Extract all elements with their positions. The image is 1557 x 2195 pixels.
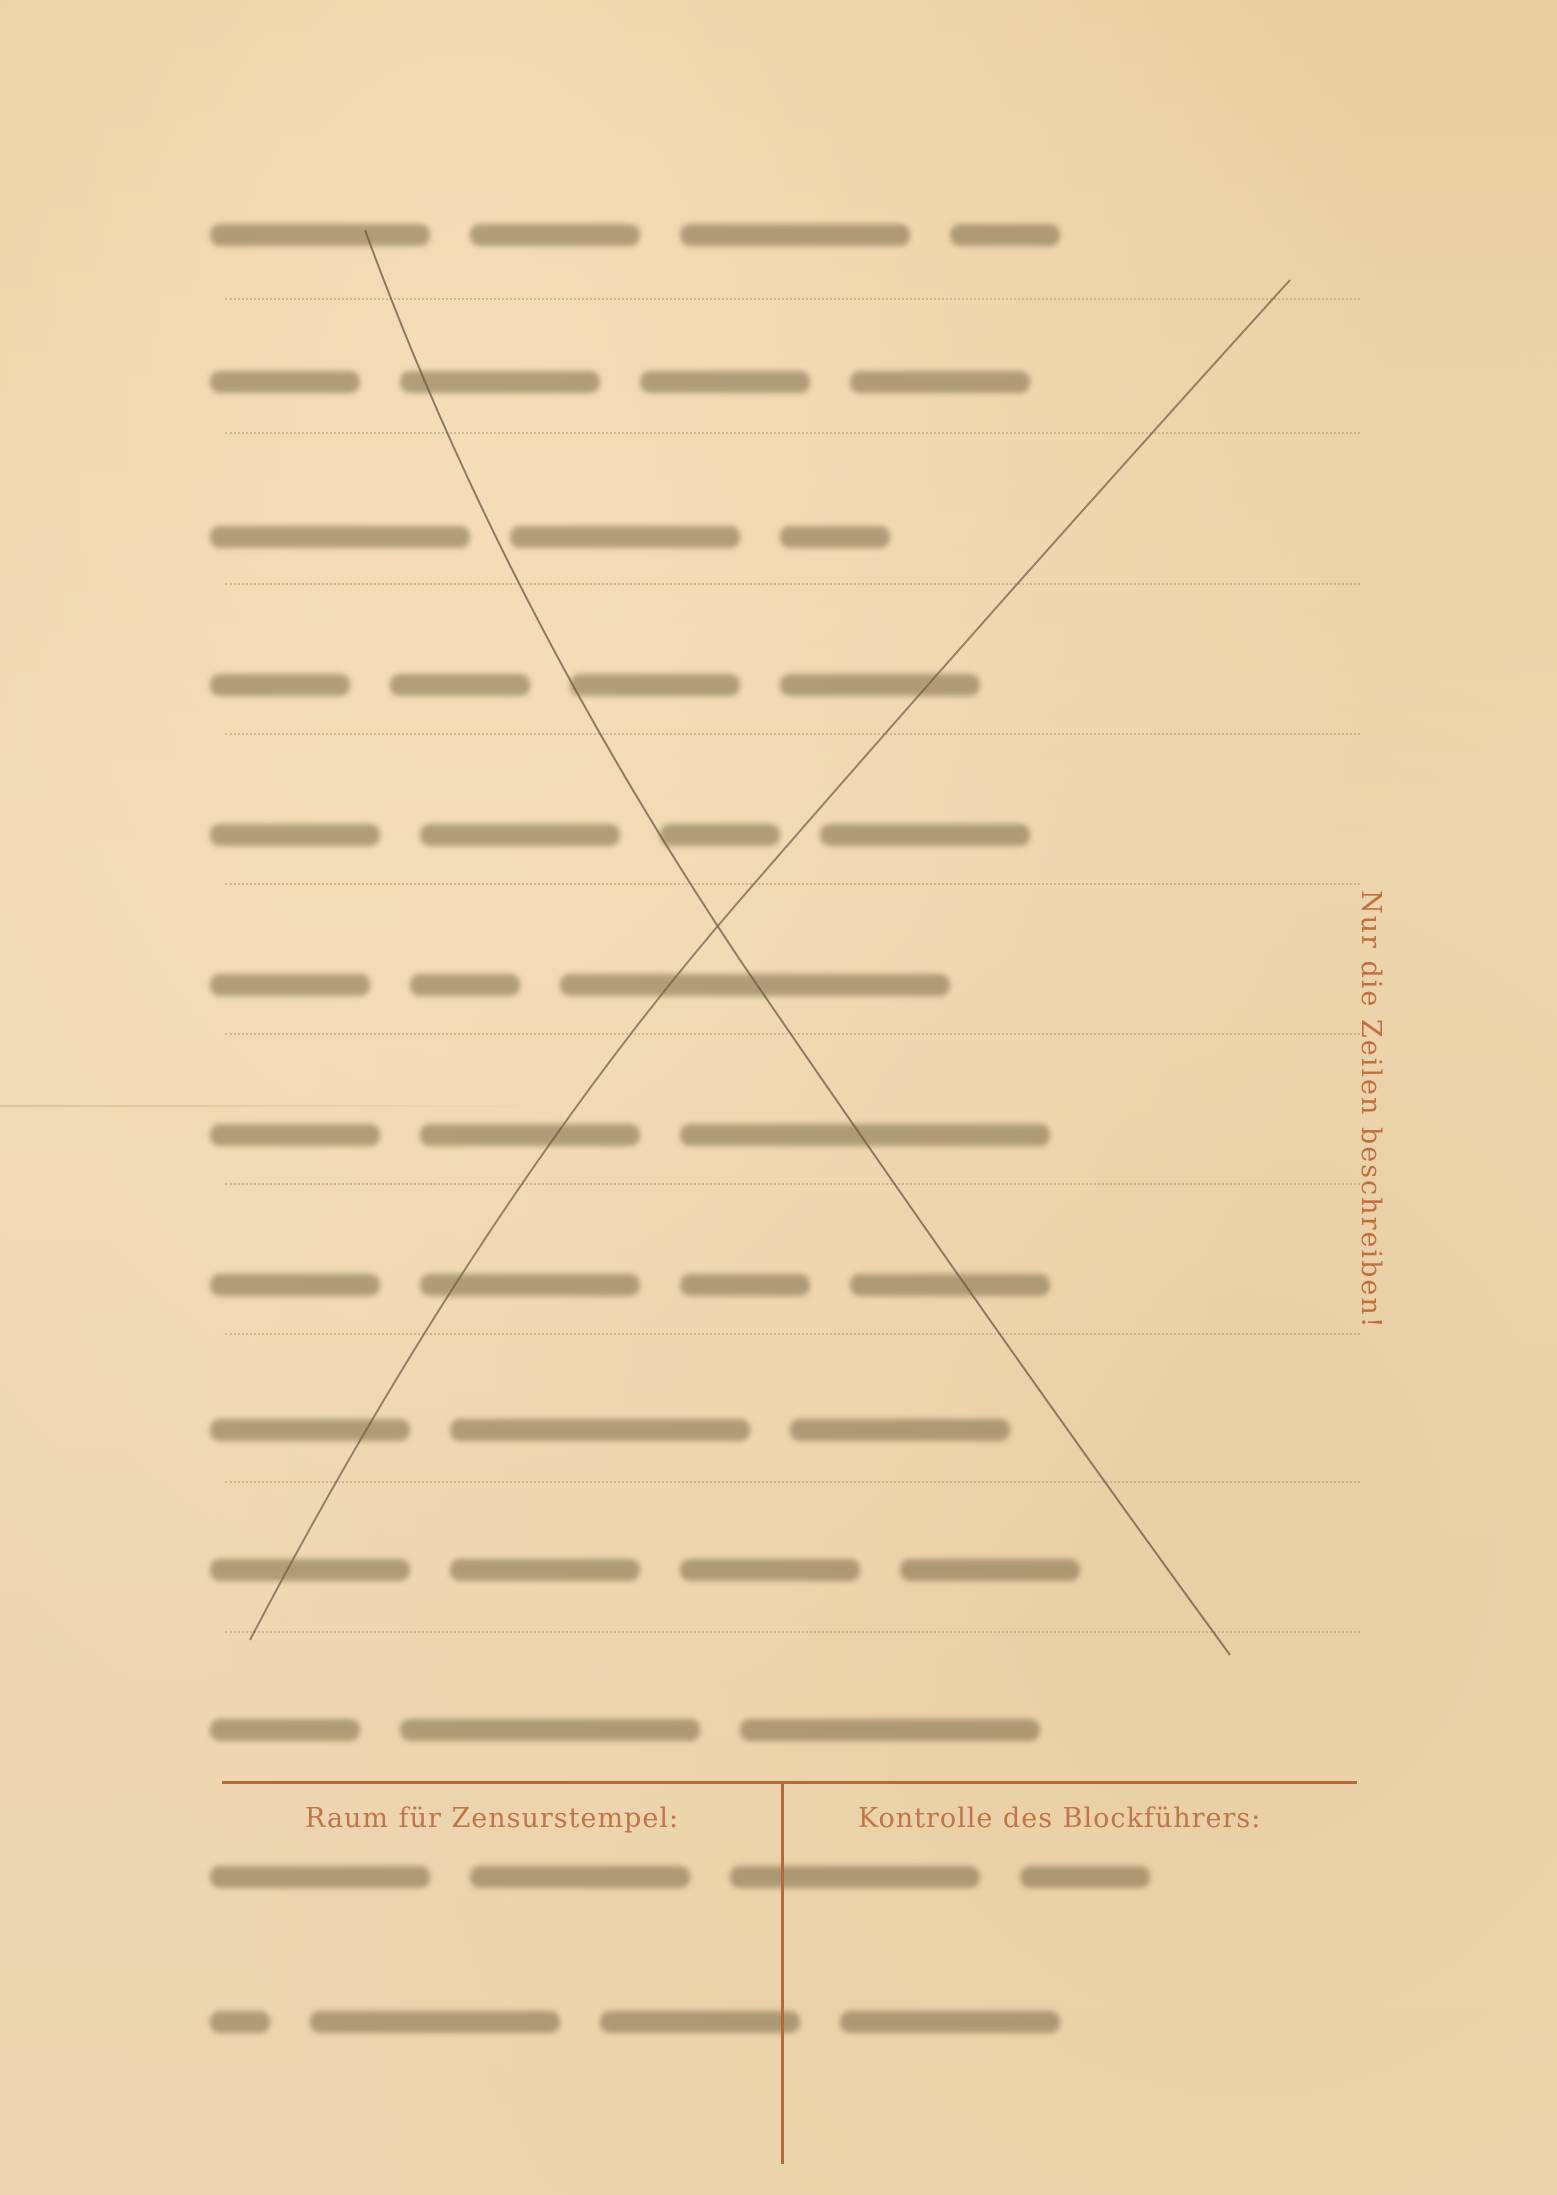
box-divider-vertical <box>781 1784 784 2164</box>
box-divider-horizontal <box>222 1781 1357 1784</box>
block-leader-check-box-label: Kontrolle des Blockführers: <box>858 1803 1261 1834</box>
letter-sheet: Nur die Zeilen beschreiben! Raum für Zen… <box>0 0 1557 2195</box>
pencil-x-mark <box>0 0 1557 2195</box>
write-on-lines-only-instruction: Nur die Zeilen beschreiben! <box>1355 890 1386 1330</box>
censor-stamp-box-label: Raum für Zensurstempel: <box>305 1803 679 1834</box>
